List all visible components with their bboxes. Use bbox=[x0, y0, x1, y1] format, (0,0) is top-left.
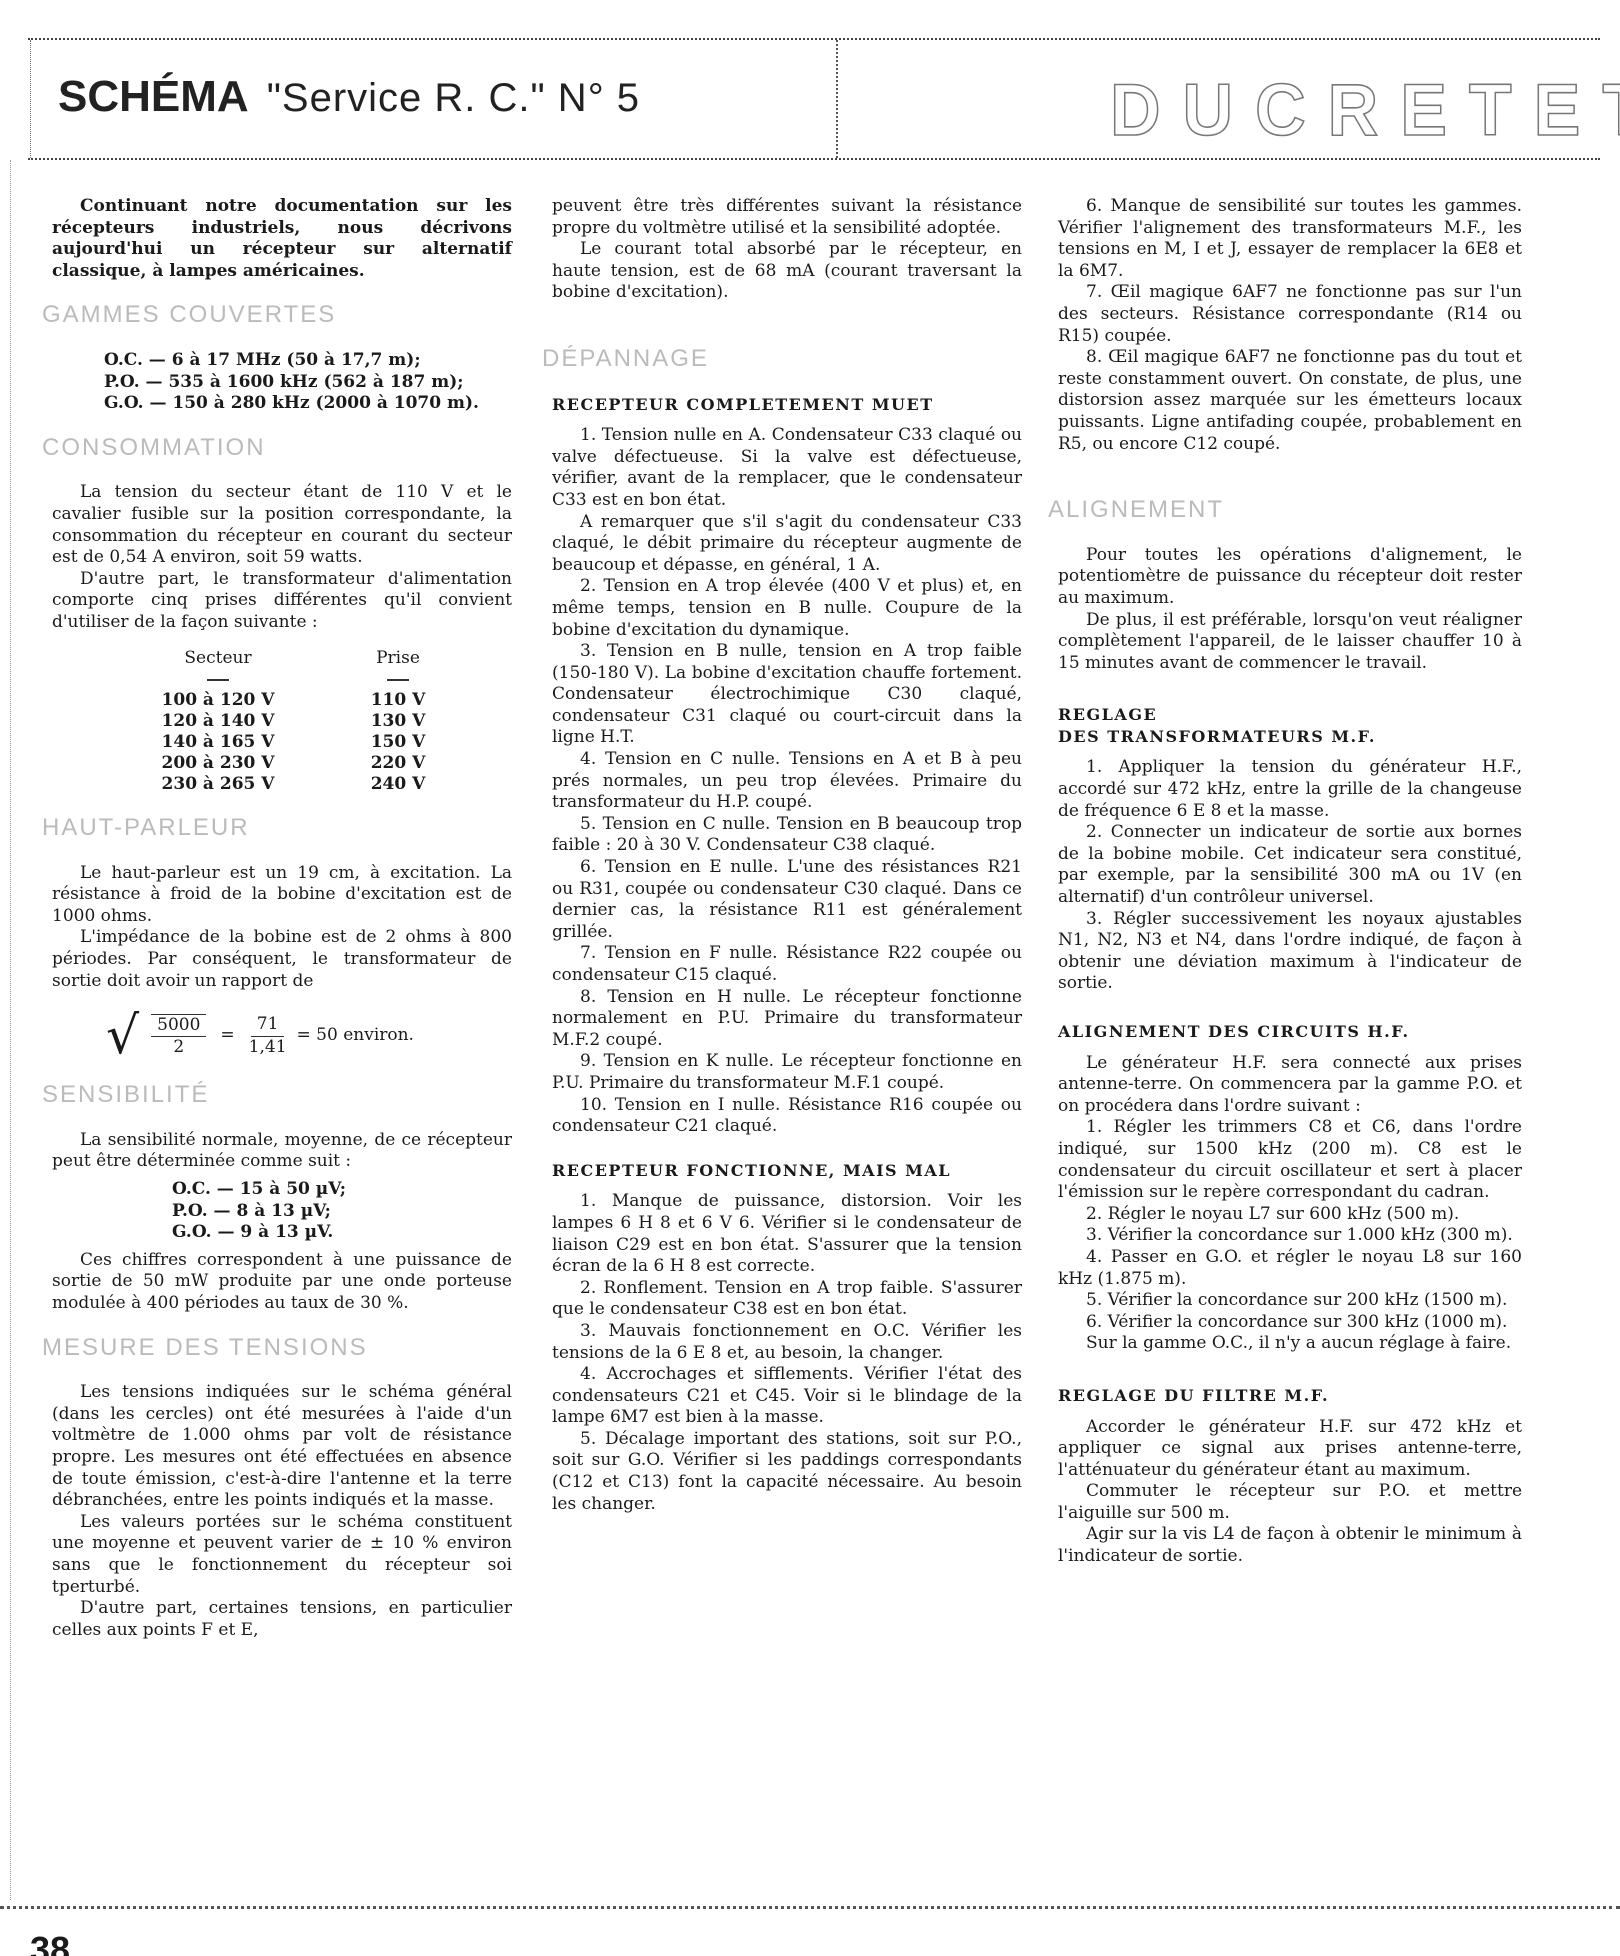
subheading-alignement-hf: ALIGNEMENT DES CIRCUITS H.F. bbox=[1058, 1021, 1522, 1043]
denominator: 1,41 bbox=[249, 1037, 287, 1059]
mal-item: 3. Mauvais fonctionnement en O.C. Vérifi… bbox=[552, 1321, 1022, 1364]
cell-secteur: 120 à 140 V bbox=[108, 711, 328, 732]
header-dash bbox=[387, 679, 409, 681]
muet-item: 7. Tension en F nulle. Résistance R22 co… bbox=[552, 943, 1022, 986]
haut-parleur-paragraph-2: L'impédance de la bobine est de 2 ohms à… bbox=[52, 927, 512, 992]
section-heading-mesure: Mesure des tensions bbox=[42, 1337, 512, 1359]
sensibilite-paragraph-2: Ces chiffres correspondent à une puissan… bbox=[52, 1250, 512, 1315]
consommation-paragraph-1: La tension du secteur étant de 110 V et … bbox=[52, 482, 512, 568]
subheading-muet: RECEPTEUR COMPLETEMENT MUET bbox=[552, 394, 1022, 416]
header-dash bbox=[207, 679, 229, 681]
table-row: 140 à 165 V150 V bbox=[108, 732, 468, 753]
haut-parleur-paragraph-1: Le haut-parleur est un 19 cm, à excitati… bbox=[52, 863, 512, 928]
square-root-icon: √ bbox=[106, 1010, 139, 1062]
mal-item: 8. Œil magique 6AF7 ne fonctionne pas du… bbox=[1058, 347, 1522, 455]
sensibilite-list: O.C. — 15 à 50 µV; P.O. — 8 à 13 µV; G.O… bbox=[172, 1179, 512, 1244]
filtre-mf-item: Agir sur la vis L4 de façon à obtenir le… bbox=[1058, 1524, 1522, 1567]
alignement-hf-item: 4. Passer en G.O. et régler le noyau L8 … bbox=[1058, 1247, 1522, 1290]
cell-prise: 110 V bbox=[328, 690, 468, 711]
footer-rule bbox=[0, 1906, 1620, 1909]
table-row: 200 à 230 V220 V bbox=[108, 753, 468, 774]
cell-secteur: 200 à 230 V bbox=[108, 753, 328, 774]
sensibilite-paragraph-1: La sensibilité normale, moyenne, de ce r… bbox=[52, 1130, 512, 1173]
cell-secteur: 140 à 165 V bbox=[108, 732, 328, 753]
muet-item: 1. Tension nulle en A. Condensateur C33 … bbox=[552, 425, 1022, 511]
muet-item: 6. Tension en E nulle. L'une des résista… bbox=[552, 857, 1022, 943]
fraction-2: 71 1,41 bbox=[249, 1014, 287, 1058]
sensibilite-item: P.O. — 8 à 13 µV; bbox=[172, 1201, 512, 1223]
formula-result: = 50 environ. bbox=[297, 1025, 414, 1047]
muet-item: 5. Tension en C nulle. Tension en B beau… bbox=[552, 814, 1022, 857]
cell-secteur: 100 à 120 V bbox=[108, 690, 328, 711]
sensibilite-item: O.C. — 15 à 50 µV; bbox=[172, 1179, 512, 1201]
reglage-mf-item: 2. Connecter un indicateur de sortie aux… bbox=[1058, 822, 1522, 908]
mal-item: 5. Décalage important des stations, soit… bbox=[552, 1429, 1022, 1515]
courant-paragraph: Le courant total absorbé par le récepteu… bbox=[552, 239, 1022, 304]
mal-item: 2. Ronflement. Tension en A trop faible.… bbox=[552, 1278, 1022, 1321]
alignement-hf-item: Sur la gamme O.C., il n'y a aucun réglag… bbox=[1058, 1333, 1522, 1355]
subheading-reglage-mf-line2: DES TRANSFORMATEURS M.F. bbox=[1058, 726, 1522, 748]
mal-item: 6. Manque de sensibilité sur toutes les … bbox=[1058, 196, 1522, 282]
mal-item: 7. Œil magique 6AF7 ne fonctionne pas su… bbox=[1058, 282, 1522, 347]
left-margin-line bbox=[10, 160, 11, 1900]
mal-item: 4. Accrochages et sifflements. Vérifier … bbox=[552, 1364, 1022, 1429]
section-heading-depannage: Dépannage bbox=[542, 348, 1022, 370]
fraction-1: 5000 2 bbox=[151, 1014, 206, 1059]
numerator: 71 bbox=[251, 1014, 285, 1037]
filtre-mf-item: Accorder le générateur H.F. sur 472 kHz … bbox=[1058, 1417, 1522, 1482]
cell-secteur: 230 à 265 V bbox=[108, 774, 328, 795]
subheading-mal: RECEPTEUR FONCTIONNE, MAIS MAL bbox=[552, 1160, 1022, 1182]
reglage-mf-item: 1. Appliquer la tension du générateur H.… bbox=[1058, 757, 1522, 822]
subheading-filtre-mf: REGLAGE DU FILTRE M.F. bbox=[1058, 1385, 1522, 1407]
table-row: 120 à 140 V130 V bbox=[108, 711, 468, 732]
alignement-hf-intro: Le générateur H.F. sera connecté aux pri… bbox=[1058, 1053, 1522, 1118]
brand-logo: DUCRETET bbox=[1110, 68, 1620, 152]
column-3: 6. Manque de sensibilité sur toutes les … bbox=[1058, 196, 1522, 1568]
table-row: 100 à 120 V110 V bbox=[108, 690, 468, 711]
page-title: SCHÉMA"Service R. C." N° 5 bbox=[58, 72, 640, 122]
denominator: 2 bbox=[173, 1037, 184, 1059]
section-heading-sensibilite: Sensibilité bbox=[42, 1084, 512, 1106]
column-2: peuvent être très différentes suivant la… bbox=[552, 196, 1022, 1515]
table-row: 230 à 265 V240 V bbox=[108, 774, 468, 795]
title-schema: SCHÉMA bbox=[58, 72, 249, 121]
muet-item: 9. Tension en K nulle. Le récepteur fonc… bbox=[552, 1051, 1022, 1094]
section-heading-haut-parleur: Haut-parleur bbox=[42, 817, 512, 839]
alignement-paragraph-1: Pour toutes les opérations d'alignement,… bbox=[1058, 545, 1522, 610]
muet-item: 8. Tension en H nulle. Le récepteur fonc… bbox=[552, 987, 1022, 1052]
intro-paragraph: Continuant notre documentation sur les r… bbox=[52, 196, 512, 282]
alignement-hf-item: 1. Régler les trimmers C8 et C6, dans l'… bbox=[1058, 1117, 1522, 1203]
equals-sign: = bbox=[220, 1025, 234, 1047]
table-header-prise: Prise bbox=[328, 648, 468, 670]
mesure-paragraph-3: D'autre part, certaines tensions, en par… bbox=[52, 1598, 512, 1641]
page-number: 38 bbox=[30, 1932, 70, 1956]
ratio-formula: √ 5000 2 = 71 1,41 = 50 environ. bbox=[106, 1010, 512, 1062]
mesure-paragraph-1: Les tensions indiquées sur le schéma gén… bbox=[52, 1382, 512, 1512]
filtre-mf-item: Commuter le récepteur sur P.O. et mettre… bbox=[1058, 1481, 1522, 1524]
gamme-item: G.O. — 150 à 280 kHz (2000 à 1070 m). bbox=[104, 393, 512, 415]
muet-item: 2. Tension en A trop élevée (400 V et pl… bbox=[552, 576, 1022, 641]
section-heading-consommation: Consommation bbox=[42, 437, 512, 459]
muet-item: 4. Tension en C nulle. Tensions en A et … bbox=[552, 749, 1022, 814]
alignement-hf-item: 2. Régler le noyau L7 sur 600 kHz (500 m… bbox=[1058, 1204, 1522, 1226]
gamme-item: P.O. — 535 à 1600 kHz (562 à 187 m); bbox=[104, 372, 512, 394]
muet-item: 10. Tension en I nulle. Résistance R16 c… bbox=[552, 1095, 1022, 1138]
cell-prise: 130 V bbox=[328, 711, 468, 732]
title-service: "Service R. C." N° 5 bbox=[267, 76, 640, 120]
gamme-item: O.C. — 6 à 17 MHz (50 à 17,7 m); bbox=[104, 350, 512, 372]
mal-item: 1. Manque de puissance, distorsion. Voir… bbox=[552, 1191, 1022, 1277]
cell-prise: 220 V bbox=[328, 753, 468, 774]
cell-prise: 150 V bbox=[328, 732, 468, 753]
muet-item: 3. Tension en B nulle, tension en A trop… bbox=[552, 641, 1022, 749]
section-heading-gammes: Gammes couvertes bbox=[42, 304, 512, 326]
sensibilite-item: G.O. — 9 à 13 µV. bbox=[172, 1222, 512, 1244]
column-1: Continuant notre documentation sur les r… bbox=[52, 196, 512, 1641]
table-header-secteur: Secteur bbox=[108, 648, 328, 670]
mesure-paragraph-2: Les valeurs portées sur le schéma consti… bbox=[52, 1512, 512, 1598]
muet-item: A remarquer que s'il s'agit du condensat… bbox=[552, 512, 1022, 577]
prises-table: Secteur Prise 100 à 120 V110 V 120 à 140… bbox=[108, 648, 468, 796]
consommation-paragraph-2: D'autre part, le transformateur d'alimen… bbox=[52, 569, 512, 634]
numerator: 5000 bbox=[151, 1014, 206, 1038]
continued-paragraph: peuvent être très différentes suivant la… bbox=[552, 196, 1022, 239]
reglage-mf-item: 3. Régler successivement les noyaux ajus… bbox=[1058, 909, 1522, 995]
alignement-hf-item: 5. Vérifier la concordance sur 200 kHz (… bbox=[1058, 1290, 1522, 1312]
cell-prise: 240 V bbox=[328, 774, 468, 795]
subheading-reglage-mf-line1: REGLAGE bbox=[1058, 704, 1522, 726]
header-bottom-rule bbox=[28, 158, 1600, 160]
gammes-list: O.C. — 6 à 17 MHz (50 à 17,7 m); P.O. — … bbox=[104, 350, 512, 415]
section-heading-alignement: Alignement bbox=[1048, 499, 1522, 521]
alignement-paragraph-2: De plus, il est préférable, lorsqu'on ve… bbox=[1058, 610, 1522, 675]
alignement-hf-item: 6. Vérifier la concordance sur 300 kHz (… bbox=[1058, 1312, 1522, 1334]
alignement-hf-item: 3. Vérifier la concordance sur 1.000 kHz… bbox=[1058, 1225, 1522, 1247]
